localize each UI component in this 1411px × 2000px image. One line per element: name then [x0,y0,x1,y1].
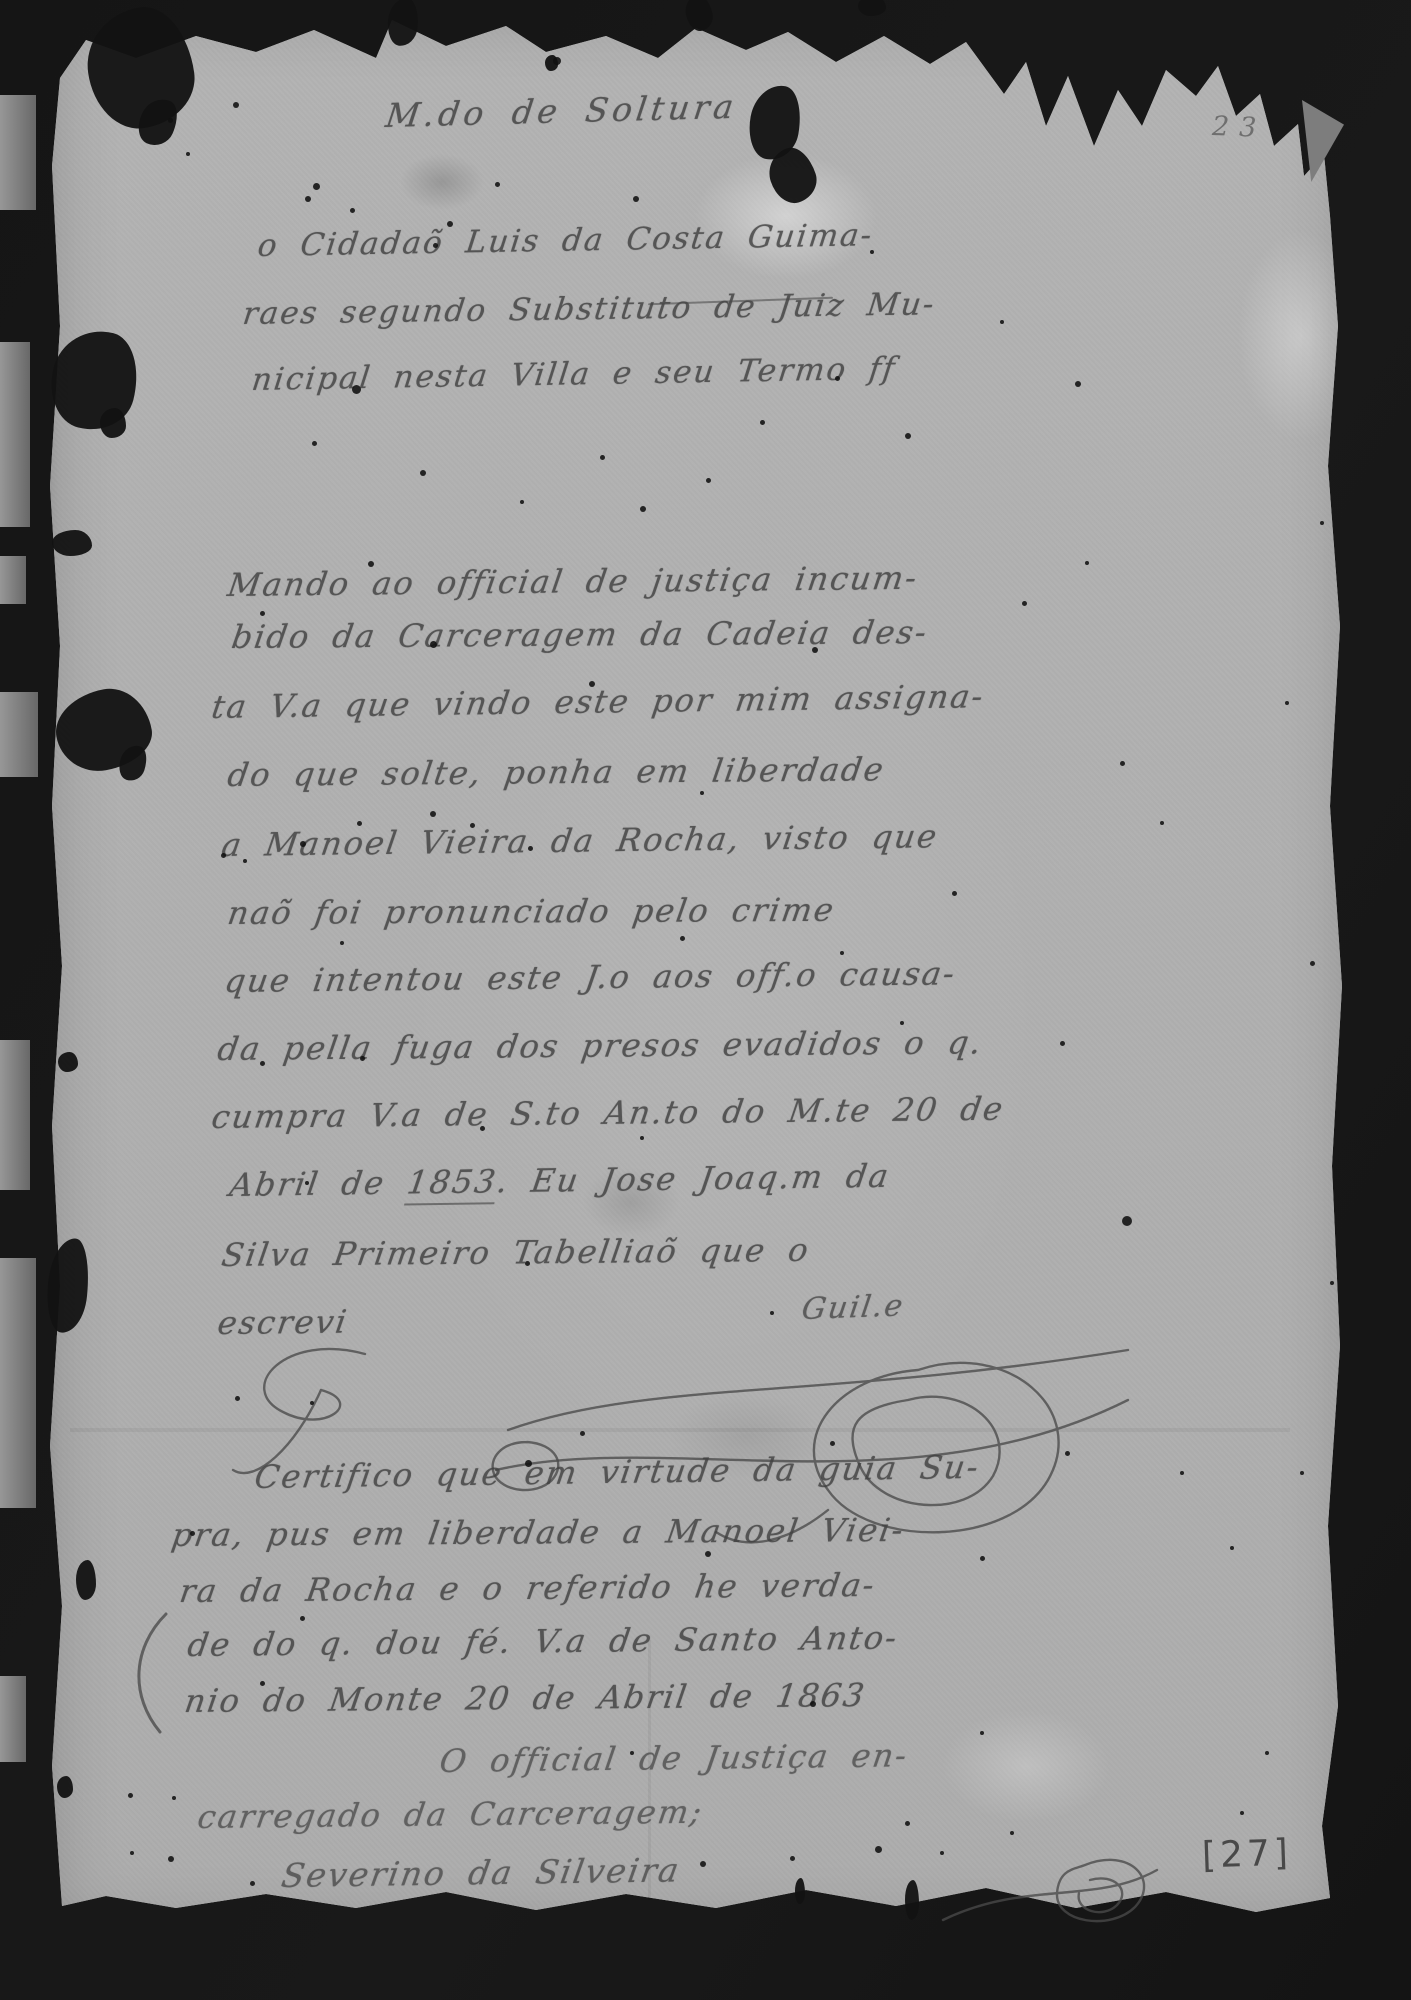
manuscript-line: escrevi [215,1303,351,1342]
ink-blot [41,321,148,439]
ink-blot [386,0,421,47]
ink-speck [360,1056,365,1061]
ink-speck [480,1126,485,1131]
manuscript-line: naõ foi pronunciado pelo crime [225,891,838,932]
manuscript-line: cumpra V.a de S.to An.to do M.te 20 de [209,1090,1007,1136]
ink-speck [305,1181,309,1185]
ink-speck [168,1856,174,1862]
ink-speck [553,57,561,65]
ink-blot [52,530,92,556]
ink-speck [260,1681,265,1686]
date-suffix: . Eu Jose Joaq.m da [494,1157,892,1200]
ink-blot [858,0,886,16]
ink-speck [1310,961,1315,966]
date-year: 1853 [404,1162,500,1205]
ink-speck [172,1796,176,1800]
ink-speck [357,821,362,826]
ink-speck [495,182,500,187]
ink-speck [350,208,355,213]
ink-speck [900,1021,904,1025]
certificate-line: nio do Monte 20 de Abril de 1863 [182,1676,868,1720]
ink-speck [1060,1041,1065,1046]
ink-speck [835,376,840,381]
ink-speck [760,420,765,425]
ink-speck [1065,1451,1070,1456]
ink-speck [940,1851,944,1855]
ink-speck [600,455,605,460]
ink-blot [795,1878,805,1904]
manuscript-line: ta V.a que vindo este por mim assigna- [209,677,987,726]
manuscript-line: Silva Primeiro Tabelliaõ que o [219,1231,813,1274]
ink-speck [1240,1811,1244,1815]
ink-speck [905,433,911,439]
ink-blot [905,1880,919,1920]
ink-speck [705,1551,711,1557]
ink-speck [340,941,344,945]
ink-speck [525,1460,532,1467]
adjacent-page-sliver [0,1040,30,1190]
adjacent-page-sliver [0,556,26,604]
ink-speck [186,152,190,156]
ink-speck [905,1821,910,1826]
ink-speck [1120,761,1125,766]
certificate-line: pra, pus em liberdade a Manoel Viei- [169,1511,907,1554]
ink-blot [100,408,126,438]
ink-speck [1230,1546,1234,1550]
ink-speck [352,385,361,394]
ink-speck [243,859,247,863]
ink-speck [190,1531,195,1536]
adjacent-page-sliver [0,1258,36,1508]
officer-signature-text: Severino da Silveira [279,1850,684,1895]
officer-signature-flourish [935,1835,1165,1945]
ink-speck [875,1846,882,1853]
adjacent-page-sliver [0,692,38,777]
manuscript-line: bido da Carceragem da Cadeia des- [229,613,931,656]
ink-speck [368,561,374,567]
ink-speck [810,1701,816,1707]
ink-speck [840,951,844,955]
ink-blot [76,1560,96,1600]
scanned-document-page: M.do de Soltura o Cidadaõ Luis da Costa … [0,0,1411,2000]
ink-speck [1180,1471,1184,1475]
ink-speck [870,250,874,254]
adjacent-page-sliver [0,1676,26,1762]
ink-speck [300,841,306,847]
ink-speck [640,1136,644,1140]
ink-speck [640,506,646,512]
certificate-line: carregado da Carceragem; [195,1793,706,1836]
manuscript-title: M.do de Soltura [383,87,739,135]
certificate-line: de do q. dou fé. V.a de Santo Anto- [185,1619,901,1664]
parenthesis-stroke [124,1608,174,1738]
ink-speck [770,1311,774,1315]
manuscript-line: da pella fuga dos presos evadidos o q. [215,1023,985,1068]
certificate-line: ra da Rocha e o referido he verda- [177,1566,878,1610]
manuscript-line: o Cidadaõ Luis da Costa Guima- [256,217,876,264]
ink-speck [520,500,524,504]
ink-speck [700,1861,706,1867]
ink-speck [633,196,639,202]
ink-speck [1300,1471,1304,1475]
ink-speck [1320,521,1324,525]
ink-speck [1010,1831,1014,1835]
ink-speck [1122,1216,1132,1226]
ink-speck [420,470,426,476]
ink-speck [313,183,320,190]
torn-corner-fold [1302,100,1344,182]
ink-speck [430,811,436,817]
manuscript-line: do que solte, ponha em liberdade [225,750,888,794]
ink-speck [630,1751,634,1755]
ink-speck [130,1851,134,1855]
manuscript-line: que intentou este J.o aos off.o causa- [222,954,959,1000]
ink-speck [300,1616,305,1621]
ink-speck [812,647,818,653]
ink-speck [430,641,437,648]
ink-speck [1330,1281,1334,1285]
ink-speck [168,118,173,123]
ink-speck [447,221,453,227]
ink-blot [58,1052,78,1072]
ink-speck [700,791,704,795]
ink-blot [57,1776,73,1798]
ink-speck [525,1261,530,1266]
ink-speck [830,1441,835,1446]
ink-speck [1022,601,1027,606]
adjacent-page-sliver [0,95,36,210]
ink-speck [580,1431,585,1436]
manuscript-line: nicipal nesta Villa e seu Termo ff [250,351,899,398]
folio-mark: [27] [1201,1832,1292,1876]
ink-speck [528,846,533,851]
page-number: 23 [1211,111,1266,144]
ink-speck [312,441,317,446]
adjacent-page-sliver [0,342,30,527]
ink-speck [952,891,957,896]
ink-speck [433,243,438,248]
ink-speck [310,1401,314,1405]
ink-speck [1085,561,1089,565]
ink-speck [305,196,311,202]
ink-speck [1075,381,1081,387]
certificate-line: O official de Justiça en- [437,1736,911,1780]
manuscript-date-line: Abril de 1853. Eu Jose Joaq.m da [227,1157,892,1204]
ink-speck [1000,320,1004,324]
manuscript-line: a Manoel Vieira da Rocha, visto que [219,817,941,864]
ink-speck [1265,1751,1269,1755]
ink-speck [1160,821,1164,825]
ink-speck [260,611,265,616]
manuscript-line: raes segundo Substituto de Juiz Mu- [241,286,938,332]
ink-speck [221,853,226,858]
ink-speck [470,823,475,828]
ink-speck [250,1881,255,1886]
ink-speck [980,1731,984,1735]
ink-speck [980,1556,985,1561]
ink-speck [233,102,239,108]
manuscript-line: Mando ao official de justiça incum- [225,559,921,604]
ink-speck [128,1793,133,1798]
ink-speck [260,1061,265,1066]
ink-speck [235,1396,240,1401]
ink-blot [43,1236,93,1335]
ink-blot [683,0,716,33]
date-prefix: Abril de [227,1164,410,1204]
ink-speck [790,1856,795,1861]
ink-speck [1285,701,1289,705]
ink-speck [680,936,685,941]
ink-speck [589,681,595,687]
ink-speck [706,478,711,483]
